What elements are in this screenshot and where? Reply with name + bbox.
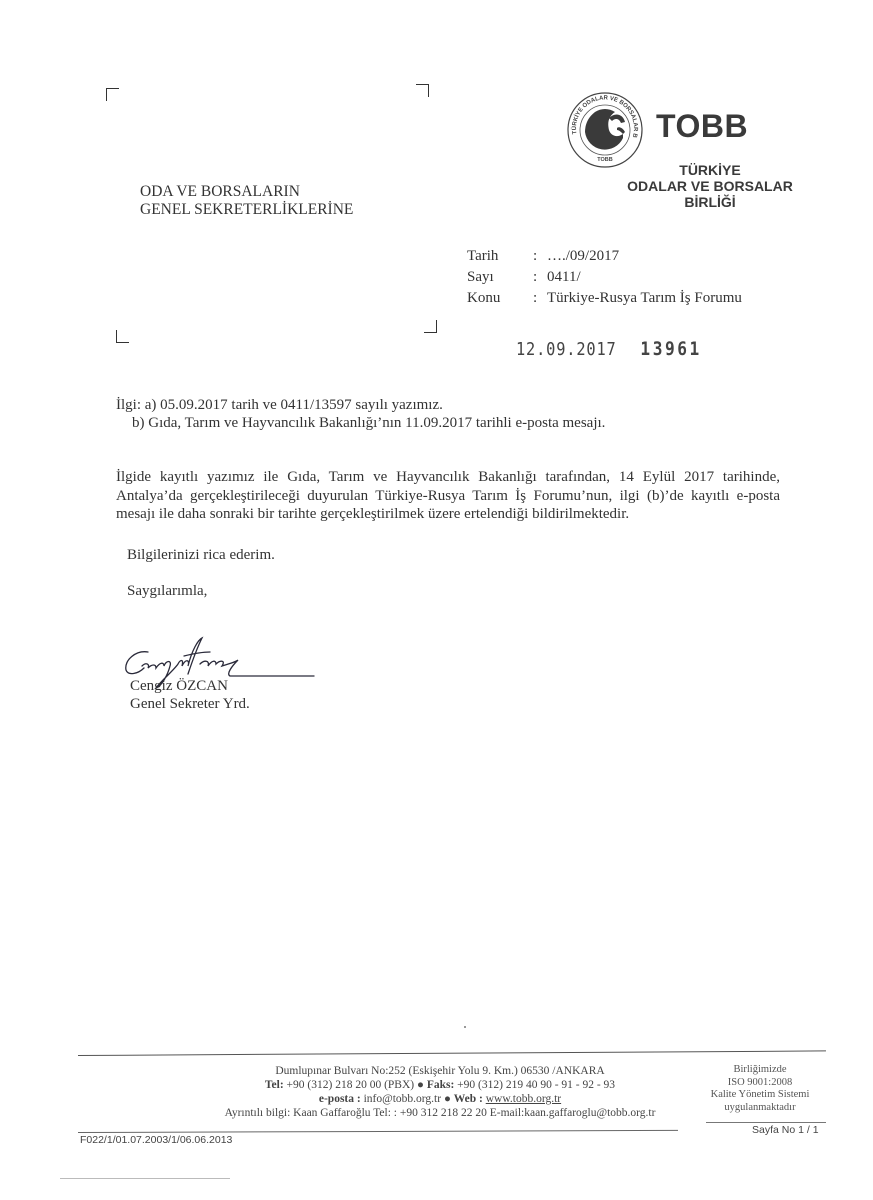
footer-email-web: e-posta : info@tobb.org.tr ● Web : www.t… [180,1092,700,1106]
reference-a: İlgi: a) 05.09.2017 tarih ve 0411/13597 … [116,396,605,414]
organization-name: TÜRKİYE ODALAR VE BORSALAR BİRLİĞİ [610,162,810,210]
meta-colon: : [533,246,547,267]
form-code-divider [78,1130,678,1133]
meta-row-subject: Konu : Türkiye-Rusya Tarım İş Forumu [467,288,742,309]
form-code: F022/1/01.07.2003/1/06.06.2013 [80,1134,232,1146]
bullet-icon: ● [417,1079,424,1091]
iso-line-1: Birliğimizde [700,1064,820,1077]
meta-label: Konu [467,288,533,309]
reference-block: İlgi: a) 05.09.2017 tarih ve 0411/13597 … [116,396,605,432]
document-meta: Tarih : …./09/2017 Sayı : 0411/ Konu : T… [467,246,742,309]
meta-colon: : [533,288,547,309]
meta-value: 0411/ [547,267,581,288]
tobb-acronym: TOBB [656,108,748,145]
bullet-icon: ● [444,1093,451,1105]
iso-notice: Birliğimizde ISO 9001:2008 Kalite Yöneti… [700,1064,820,1114]
meta-label: Sayı [467,267,533,288]
web-label: Web : [454,1093,483,1105]
org-name-line-2: ODALAR VE BORSALAR [610,178,810,194]
address-window-corner-top-right [416,84,429,97]
email-label: e-posta : [319,1093,361,1105]
footer-divider [78,1050,826,1056]
meta-row-date: Tarih : …./09/2017 [467,246,742,267]
iso-divider [706,1122,826,1123]
email-link[interactable]: info@tobb.org.tr [364,1093,441,1105]
meta-value: …./09/2017 [547,246,619,267]
fax-label: Faks: [427,1079,454,1091]
footer-address: Dumlupınar Bulvarı No:252 (Eskişehir Yol… [180,1064,700,1078]
iso-line-2: ISO 9001:2008 [700,1077,820,1090]
tel-label: Tel: [265,1079,284,1091]
fax-value: +90 (312) 219 40 90 - 91 - 92 - 93 [457,1079,615,1091]
tobb-logo-icon: TÜRKİYE ODALAR VE BORSALAR BİRLİĞİ TOBB [565,90,645,170]
registry-stamp: 12.09.201713961 [516,338,702,360]
address-window-corner-bottom-left [116,330,129,343]
signer-block: Cengiz ÖZCAN Genel Sekreter Yrd. [130,677,250,713]
tel-value: +90 (312) 218 20 00 (PBX) [287,1079,415,1091]
web-link[interactable]: www.tobb.org.tr [486,1093,561,1105]
body-paragraph: İlgide kayıtlı yazımız ile Gıda, Tarım v… [116,468,780,524]
stamp-number: 13961 [640,338,701,360]
closing-request: Bilgilerinizi rica ederim. [127,547,275,564]
org-name-line-3: BİRLİĞİ [610,194,810,210]
address-window-corner-top-left [106,88,119,101]
closing-salutation: Saygılarımla, [127,583,207,600]
meta-value: Türkiye-Rusya Tarım İş Forumu [547,288,742,309]
signer-name: Cengiz ÖZCAN [130,677,250,695]
meta-colon: : [533,267,547,288]
footer-phone-fax: Tel: +90 (312) 218 20 00 (PBX) ● Faks: +… [180,1078,700,1092]
meta-label: Tarih [467,246,533,267]
address-window-corner-bottom-right [424,320,437,333]
stamp-date: 12.09.2017 [516,339,617,360]
recipient-block: ODA VE BORSALARIN GENEL SEKRETERLİKLERİN… [140,183,353,219]
recipient-line-1: ODA VE BORSALARIN [140,183,353,201]
footer-contact: Dumlupınar Bulvarı No:252 (Eskişehir Yol… [180,1064,700,1120]
iso-line-4: uygulanmaktadır [700,1102,820,1115]
reference-b: b) Gıda, Tarım ve Hayvancılık Bakanlığı’… [116,414,605,432]
footer-detail-contact: Ayrıntılı bilgi: Kaan Gaffaroğlu Tel: : … [180,1106,700,1120]
page-number: Sayfa No 1 / 1 [752,1124,819,1136]
recipient-line-2: GENEL SEKRETERLİKLERİNE [140,201,353,219]
org-name-line-1: TÜRKİYE [610,162,810,178]
scan-speck [464,1026,466,1028]
meta-row-number: Sayı : 0411/ [467,267,742,288]
signer-title: Genel Sekreter Yrd. [130,695,250,713]
iso-line-3: Kalite Yönetim Sistemi [700,1089,820,1102]
scan-edge-line [60,1178,230,1179]
